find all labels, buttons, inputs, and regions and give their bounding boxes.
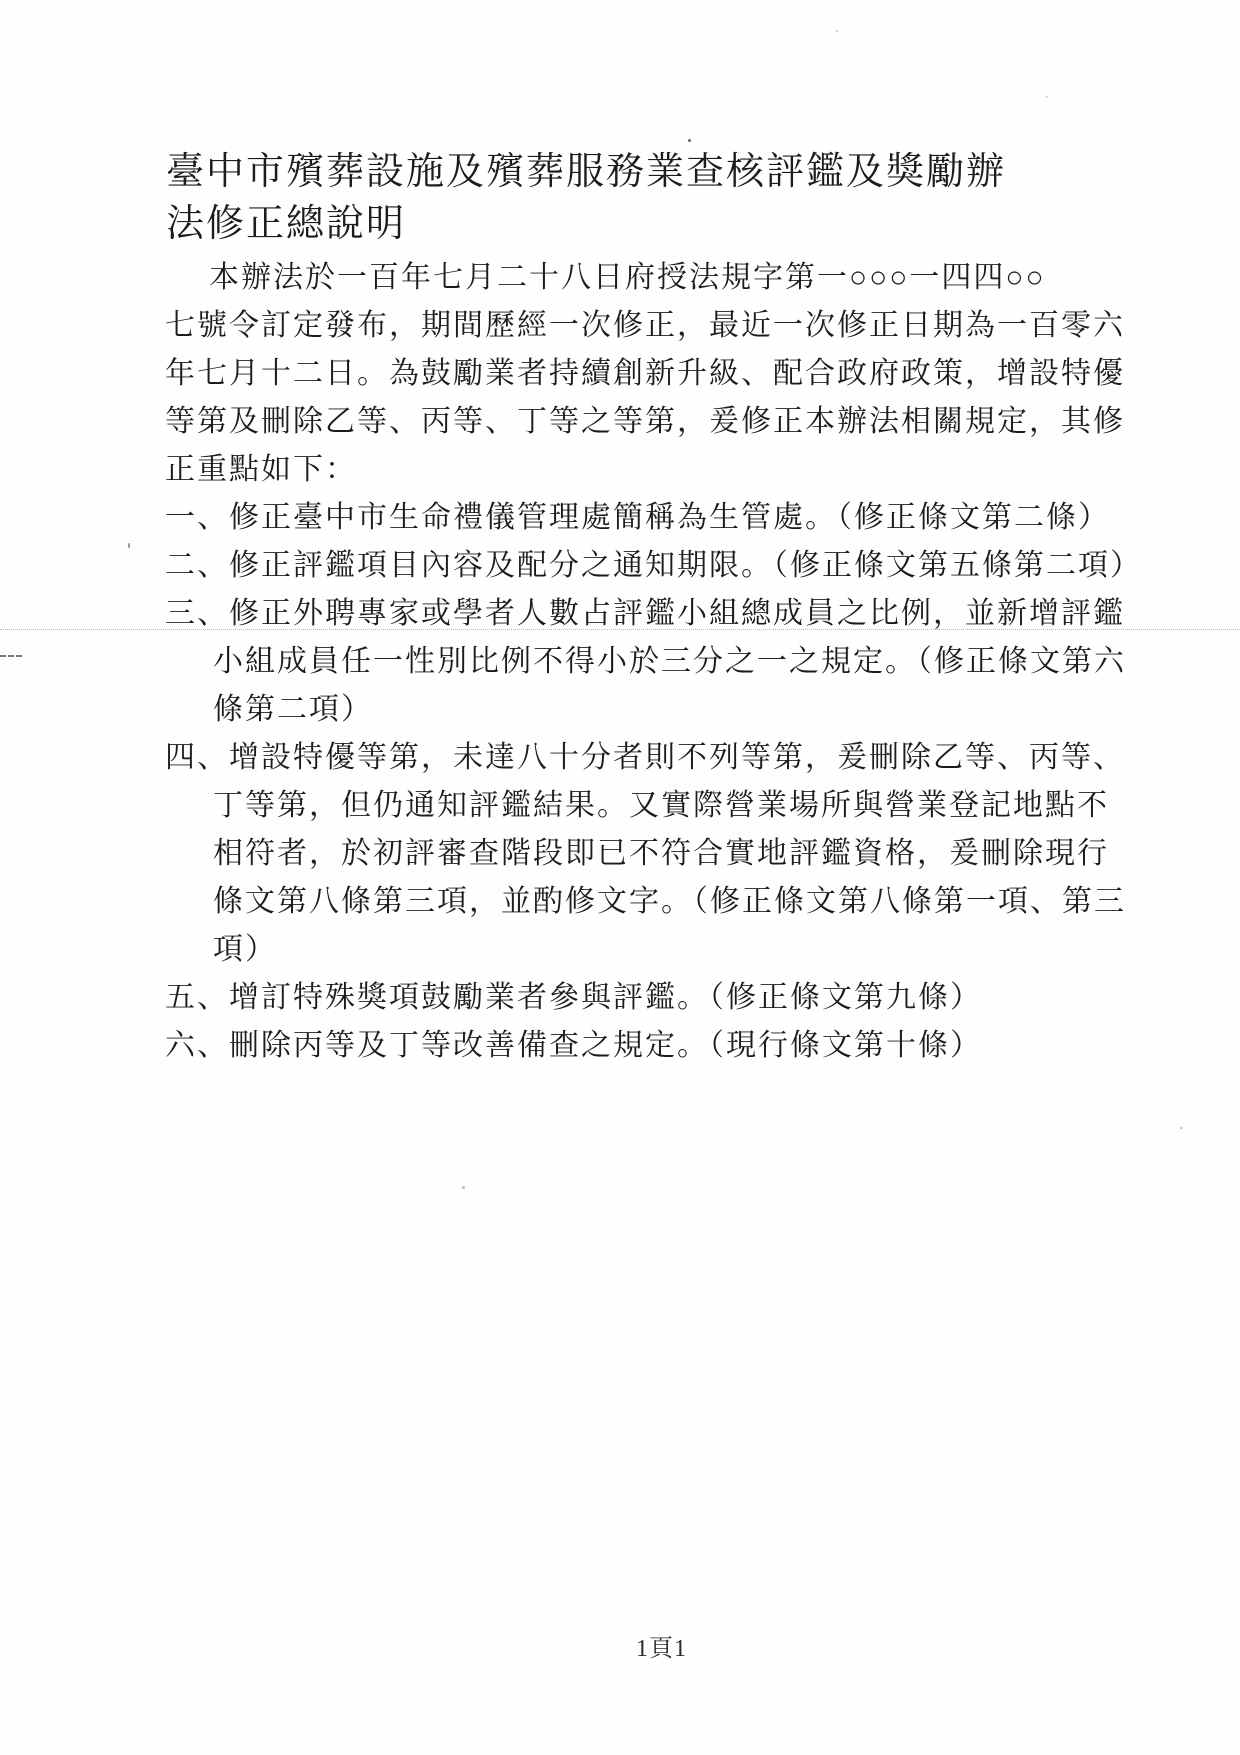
paragraph-line: 年七月十二日。為鼓勵業者持續創新升級、配合政府政策，增設特優	[165, 350, 1125, 398]
list-item-3: 三、修正外聘專家或學者人數占評鑑小組總成員之比例，並新增評鑑 小組成員任一性別比…	[165, 590, 1125, 734]
scan-speck	[226, 845, 229, 848]
scan-speck	[128, 543, 130, 548]
list-item-marker: 三、	[165, 590, 229, 638]
list-item-5: 五、增訂特殊獎項鼓勵業者參與評鑑。（修正條文第九條）	[165, 974, 1125, 1022]
list-item-line: 五、增訂特殊獎項鼓勵業者參與評鑑。（修正條文第九條）	[165, 974, 1125, 1022]
list-item-line: 項）	[165, 926, 1125, 974]
list-item-line: 四、增設特優等第，未達八十分者則不列等第，爰刪除乙等、丙等、	[165, 734, 1125, 782]
list-item-line: 小組成員任一性別比例不得小於三分之一之規定。（修正條文第六	[165, 638, 1125, 686]
scan-speck	[1180, 1127, 1183, 1129]
list-item-4: 四、增設特優等第，未達八十分者則不列等第，爰刪除乙等、丙等、 丁等第，但仍通知評…	[165, 734, 1125, 974]
document-title-line: 臺中市殯葬設施及殯葬服務業查核評鑑及獎勵辦	[166, 146, 1106, 198]
document-title-line: 法修正總說明	[166, 198, 1106, 250]
list-item-line: 三、修正外聘專家或學者人數占評鑑小組總成員之比例，並新增評鑑	[165, 590, 1125, 638]
scan-speck	[688, 139, 691, 142]
scan-speck	[1046, 96, 1048, 98]
list-item-marker: 六、	[165, 1022, 229, 1070]
list-item-text: 增訂特殊獎項鼓勵業者參與評鑑。（修正條文第九條）	[229, 981, 982, 1014]
page-number: 1頁1	[636, 1628, 687, 1663]
scan-speck	[836, 30, 838, 32]
list-item-line: 丁等第，但仍通知評鑑結果。又實際營業場所與營業登記地點不	[165, 782, 1125, 830]
scan-speck	[462, 1186, 465, 1189]
list-item-6: 六、刪除丙等及丁等改善備查之規定。（現行條文第十條）	[165, 1022, 1125, 1070]
list-item-line: 一、修正臺中市生命禮儀管理處簡稱為生管處。（修正條文第二條）	[165, 494, 1125, 542]
list-item-marker: 二、	[165, 542, 229, 590]
list-item-text: 刪除丙等及丁等改善備查之規定。（現行條文第十條）	[229, 1029, 982, 1062]
list-item-marker: 一、	[165, 494, 229, 542]
list-item-line: 相符者，於初評審查階段即已不符合實地評鑑資格，爰刪除現行	[165, 830, 1125, 878]
scanned-document-page: 臺中市殯葬設施及殯葬服務業查核評鑑及獎勵辦 法修正總說明 本辦法於一百年七月二十…	[0, 0, 1240, 1755]
document-title: 臺中市殯葬設施及殯葬服務業查核評鑑及獎勵辦 法修正總說明	[166, 146, 1106, 250]
list-item-marker: 四、	[165, 734, 229, 782]
paragraph-line: 等第及刪除乙等、丙等、丁等之等第，爰修正本辦法相關規定，其修	[165, 398, 1125, 446]
paragraph-line: 本辦法於一百年七月二十八日府授法規字第一○○○一四四○○	[165, 254, 1125, 302]
list-item-line: 六、刪除丙等及丁等改善備查之規定。（現行條文第十條）	[165, 1022, 1125, 1070]
document-body: 本辦法於一百年七月二十八日府授法規字第一○○○一四四○○ 七號令訂定發布，期間歷…	[165, 254, 1125, 1070]
paragraph-line: 正重點如下：	[165, 446, 1125, 494]
scan-artifact-dotted-line	[0, 629, 1240, 630]
scan-artifact-edge-dash	[0, 655, 22, 657]
list-item-line: 二、修正評鑑項目內容及配分之通知期限。（修正條文第五條第二項）	[165, 542, 1125, 590]
list-item-text: 修正評鑑項目內容及配分之通知期限。（修正條文第五條第二項）	[229, 549, 1142, 582]
list-item-marker: 五、	[165, 974, 229, 1022]
list-item-2: 二、修正評鑑項目內容及配分之通知期限。（修正條文第五條第二項）	[165, 542, 1125, 590]
list-item-line: 條第二項）	[165, 686, 1125, 734]
list-item-line: 條文第八條第三項，並酌修文字。（修正條文第八條第一項、第三	[165, 878, 1125, 926]
list-item-1: 一、修正臺中市生命禮儀管理處簡稱為生管處。（修正條文第二條）	[165, 494, 1125, 542]
intro-paragraph: 本辦法於一百年七月二十八日府授法規字第一○○○一四四○○ 七號令訂定發布，期間歷…	[165, 254, 1125, 494]
list-item-text: 增設特優等第，未達八十分者則不列等第，爰刪除乙等、丙等、	[229, 741, 1125, 774]
list-item-text: 修正臺中市生命禮儀管理處簡稱為生管處。（修正條文第二條）	[229, 501, 1110, 534]
list-item-text: 修正外聘專家或學者人數占評鑑小組總成員之比例，並新增評鑑	[229, 597, 1125, 630]
paragraph-line: 七號令訂定發布，期間歷經一次修正，最近一次修正日期為一百零六	[165, 302, 1125, 350]
